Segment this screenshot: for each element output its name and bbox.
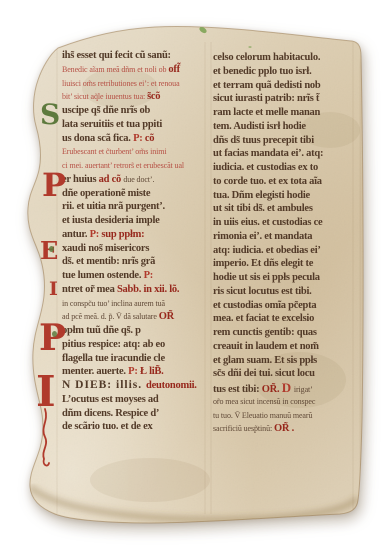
text-segment: ad cõ [99,174,124,185]
text-segment: off̃ [168,64,180,75]
text-line: Popłm tuũ dñe qs̃. p [62,324,210,338]
text-line: or̃o mea sicut incensũ in conspec [213,395,363,409]
text-line: Per huius ad cõ due doct’. [62,173,210,187]
text-segment: Ł liB̃. [140,366,164,377]
text-line: et terram quã dedisti nob [213,79,363,93]
text-segment: P: [133,133,145,144]
text-segment: sacrificiũ uesp̃tinũ: [213,424,274,433]
text-segment: hodie ut sis ei ppłs pecula [213,272,320,283]
text-line: ram lacte et melle manan [213,106,363,120]
text-segment: uscipe qs̃ dñe nrĩs ob [62,105,150,116]
text-line: in uiis eius. et custodias ce [213,216,363,230]
text-segment: in conspc̃u tuo’ inclina aurem tuã [62,299,165,308]
text-line: ad pcẽ meã. d. p̃. V̄ dã salutare OR̃ [62,310,210,324]
text-line: us dona scã fica. P: cõ [62,132,210,146]
text-layer: ihs̃ esset qui fecit cũ sanũ:Benedic aĩa… [0,0,381,550]
text-segment: Erubescant et c̃turbent’ om̃s inimi [62,147,167,156]
text-segment: ci mei. auertant’ retrors̃ et erubescãt … [62,161,184,170]
text-segment: dñm dicens. Respice d’ [62,408,159,419]
text-line: de scãrio tuo. et de ex [62,420,210,434]
text-line: ds̃. et mentib: nrĩs grã [62,255,210,269]
text-line: sc̃s dñi dei tui. sicut locu [213,367,363,381]
text-line: sacrificiũ uesp̃tinũ: OR̃ . [213,422,363,436]
text-segment: er huius [62,174,99,185]
text-line: Intret or̃ mea Sabb. in xii. lõ. [62,283,210,297]
text-line: et benedic pplo tuo isrł. [213,65,363,79]
text-segment: ram lacte et melle manan [213,107,320,118]
initial-accent-dot [49,246,54,252]
text-line: tus est tibi: OR̃. D irigat’ [213,381,363,395]
text-segment: bit’ sicut aq̃le iuuentus tua: [62,92,147,101]
text-segment: D [282,380,294,395]
text-segment: dñs ds̃ tuus precepit tibi [213,135,314,146]
text-line: et custodias omĩa pc̃epta [213,299,363,313]
text-segment: ut facias mandata ei’. atq: [213,148,323,159]
text-segment: s̃cõ [147,91,160,102]
text-segment: rimonia ei’. et mandata [213,231,312,242]
text-segment: lata seruitiis et tua ppiti [62,119,162,130]
text-line: in conspc̃u tuo’ inclina aurem tuã [62,297,210,311]
text-segment: ris sicut locutus est tibi. [213,286,312,297]
text-segment: iudicia. et custodias ex to [213,162,318,173]
text-segment: sc̃s dñi dei tui. sicut locu [213,368,315,379]
text-segment: ad pcẽ meã. d. p̃. V̄ dã salutare [62,312,159,321]
text-segment: rii. et uitia nrã purgent’. [62,201,165,212]
text-line: iudicia. et custodias ex to [213,161,363,175]
text-line: et iusta desideria imple [62,214,210,228]
text-line: pitius respice: atq: ab eo [62,338,210,352]
initial-accent-dot [52,331,57,337]
drop-cap-initial: P [42,169,66,201]
text-segment: L’ocutus est moyses ad [62,394,159,405]
text-segment: pitius respice: atq: ab eo [62,339,165,350]
text-segment: OR̃. [262,384,282,395]
text-segment: cõ [145,133,154,144]
text-line: ut sit tibi ds̃. et ambules [213,202,363,216]
text-segment: ihs̃ esset qui fecit cũ sanũ: [62,50,171,61]
right-text-column: celso celorum habitaculo.et benedic pplo… [213,51,363,436]
text-segment: rem cunctis gentib: quas [213,327,317,338]
text-segment: et iusta desideria imple [62,215,160,226]
text-line: lata seruitiis et tua ppiti [62,118,210,132]
text-line: IN DIEB: illis. deutonomii. [62,379,210,393]
text-line: menter. auerte. P: Ł liB̃. [62,365,210,379]
text-segment: in uiis eius. et custodias ce [213,217,322,228]
text-line: to corde tuo. et ex tota aĩa [213,175,363,189]
text-segment: P: [90,229,102,240]
text-line: mea. et faciat te excelsio [213,312,363,326]
left-text-column: ihs̃ esset qui fecit cũ sanũ:Benedic aĩa… [62,49,210,434]
text-segment: sicut iurasti patrib: nrĩs t̃ [213,93,319,104]
text-line: dñe operationẽ miste [62,187,210,201]
text-segment: deutonomii. [146,380,197,391]
text-line: Suscipe qs̃ dñe nrĩs ob [62,104,210,118]
text-segment: us dona scã fica. [62,133,133,144]
drop-cap-initial: E [40,239,58,263]
text-line: L’ocutus est moyses ad [62,393,210,407]
text-line: dñs ds̃ tuus precepit tibi [213,134,363,148]
text-segment: ds̃. et mentib: nrĩs grã [62,256,155,267]
text-segment: tem. Audisti isrł hodie [213,121,306,132]
text-segment: Sabb. in xii. lõ. [117,284,179,295]
text-segment: ntret or̃ mea [62,284,117,295]
text-segment: flagella tue iracundie cle [62,353,165,364]
text-line: imperio. Et dñs elegit te [213,257,363,271]
text-line: dñm dicens. Respice d’ [62,407,210,421]
text-segment: N DIEB: illis. [62,379,146,391]
text-line: ris sicut locutus est tibi. [213,285,363,299]
drop-cap-initial: I [36,371,55,413]
text-line: sicut iurasti patrib: nrĩs t̃ [213,92,363,106]
text-segment: de scãrio tuo. et de ex [62,421,152,432]
text-line: liuisci om̃s retributiones ei’: et renou… [62,77,210,91]
text-line: tem. Audisti isrł hodie [213,120,363,134]
text-segment: creauit in laudem et nom̃ [213,341,319,352]
drop-cap-initial: S [40,101,60,129]
text-segment: dñe operationẽ miste [62,188,150,199]
text-line: Erubescant et c̃turbent’ om̃s inimi [62,145,210,159]
text-segment: tus est tibi: [213,384,262,395]
text-line: Exaudi nos̃ misericors [62,242,210,256]
text-segment: et terram quã dedisti nob [213,80,321,91]
text-line: flagella tue iracundie cle [62,352,210,366]
text-segment: to corde tuo. et ex tota aĩa [213,176,322,187]
text-segment: P: [144,270,153,281]
text-line: tue lumen ostende. P: [62,269,210,283]
text-segment: tue lumen ostende. [62,270,144,281]
text-line: tua. Dñm elegisti hodie [213,189,363,203]
text-segment: et custodias omĩa pc̃epta [213,300,316,311]
text-segment: OR̃ [159,311,174,322]
text-segment: opłm tuũ dñe qs̃. p [62,325,141,336]
text-line: rimonia ei’. et mandata [213,230,363,244]
text-line: bit’ sicut aq̃le iuuentus tua: s̃cõ [62,90,210,104]
text-segment: atq: iudicia. et obedias ei’ [213,245,321,256]
text-segment: tu tuo. V̄ Eleuatio manuũ mearũ [213,411,312,420]
text-line: hodie ut sis ei ppłs pecula [213,271,363,285]
text-segment: et glam suam. Et sis ppłs [213,355,317,366]
text-line: ihs̃ esset qui fecit cũ sanũ: [62,49,210,63]
text-segment: menter. auerte. [62,366,128,377]
drop-cap-initial: P [39,320,66,356]
text-line: ci mei. auertant’ retrors̃ et erubescãt … [62,159,210,173]
text-line: atq: iudicia. et obedias ei’ [213,244,363,258]
drop-cap-initial: I [49,280,58,299]
text-segment: Benedic aĩam meã dñm et noli ob [62,65,168,74]
text-segment: antur. [62,229,90,240]
text-segment: mea. et faciat te excelsio [213,313,314,324]
text-line: creauit in laudem et nom̃ [213,340,363,354]
text-segment: celso celorum habitaculo. [213,52,320,63]
text-segment: or̃o mea sicut incensũ in conspec [213,397,315,406]
text-segment: OR̃ . [274,423,294,434]
text-line: rii. et uitia nrã purgent’. [62,200,210,214]
text-segment: sup ppłm: [101,229,144,240]
text-segment: et benedic pplo tuo isrł. [213,66,311,77]
text-line: et glam suam. Et sis ppłs [213,354,363,368]
text-segment: liuisci om̃s retributiones ei’: et renou… [62,79,180,88]
text-segment: xaudi nos̃ misericors [62,243,149,254]
text-segment: tua. Dñm elegisti hodie [213,190,310,201]
text-line: ut facias mandata ei’. atq: [213,147,363,161]
text-segment: imperio. Et dñs elegit te [213,258,313,269]
initial-flourish [38,407,52,471]
text-segment: due doct’. [123,175,154,184]
text-segment: irigat’ [294,385,313,394]
text-segment: ut sit tibi ds̃. et ambules [213,203,313,214]
text-line: rem cunctis gentib: quas [213,326,363,340]
text-segment: P: [128,366,140,377]
text-line: tu tuo. V̄ Eleuatio manuũ mearũ [213,409,363,423]
text-line: Benedic aĩam meã dñm et noli ob off̃ [62,63,210,77]
text-line: celso celorum habitaculo. [213,51,363,65]
manuscript-photo: ihs̃ esset qui fecit cũ sanũ:Benedic aĩa… [0,0,381,550]
text-line: antur. P: sup ppłm: [62,228,210,242]
